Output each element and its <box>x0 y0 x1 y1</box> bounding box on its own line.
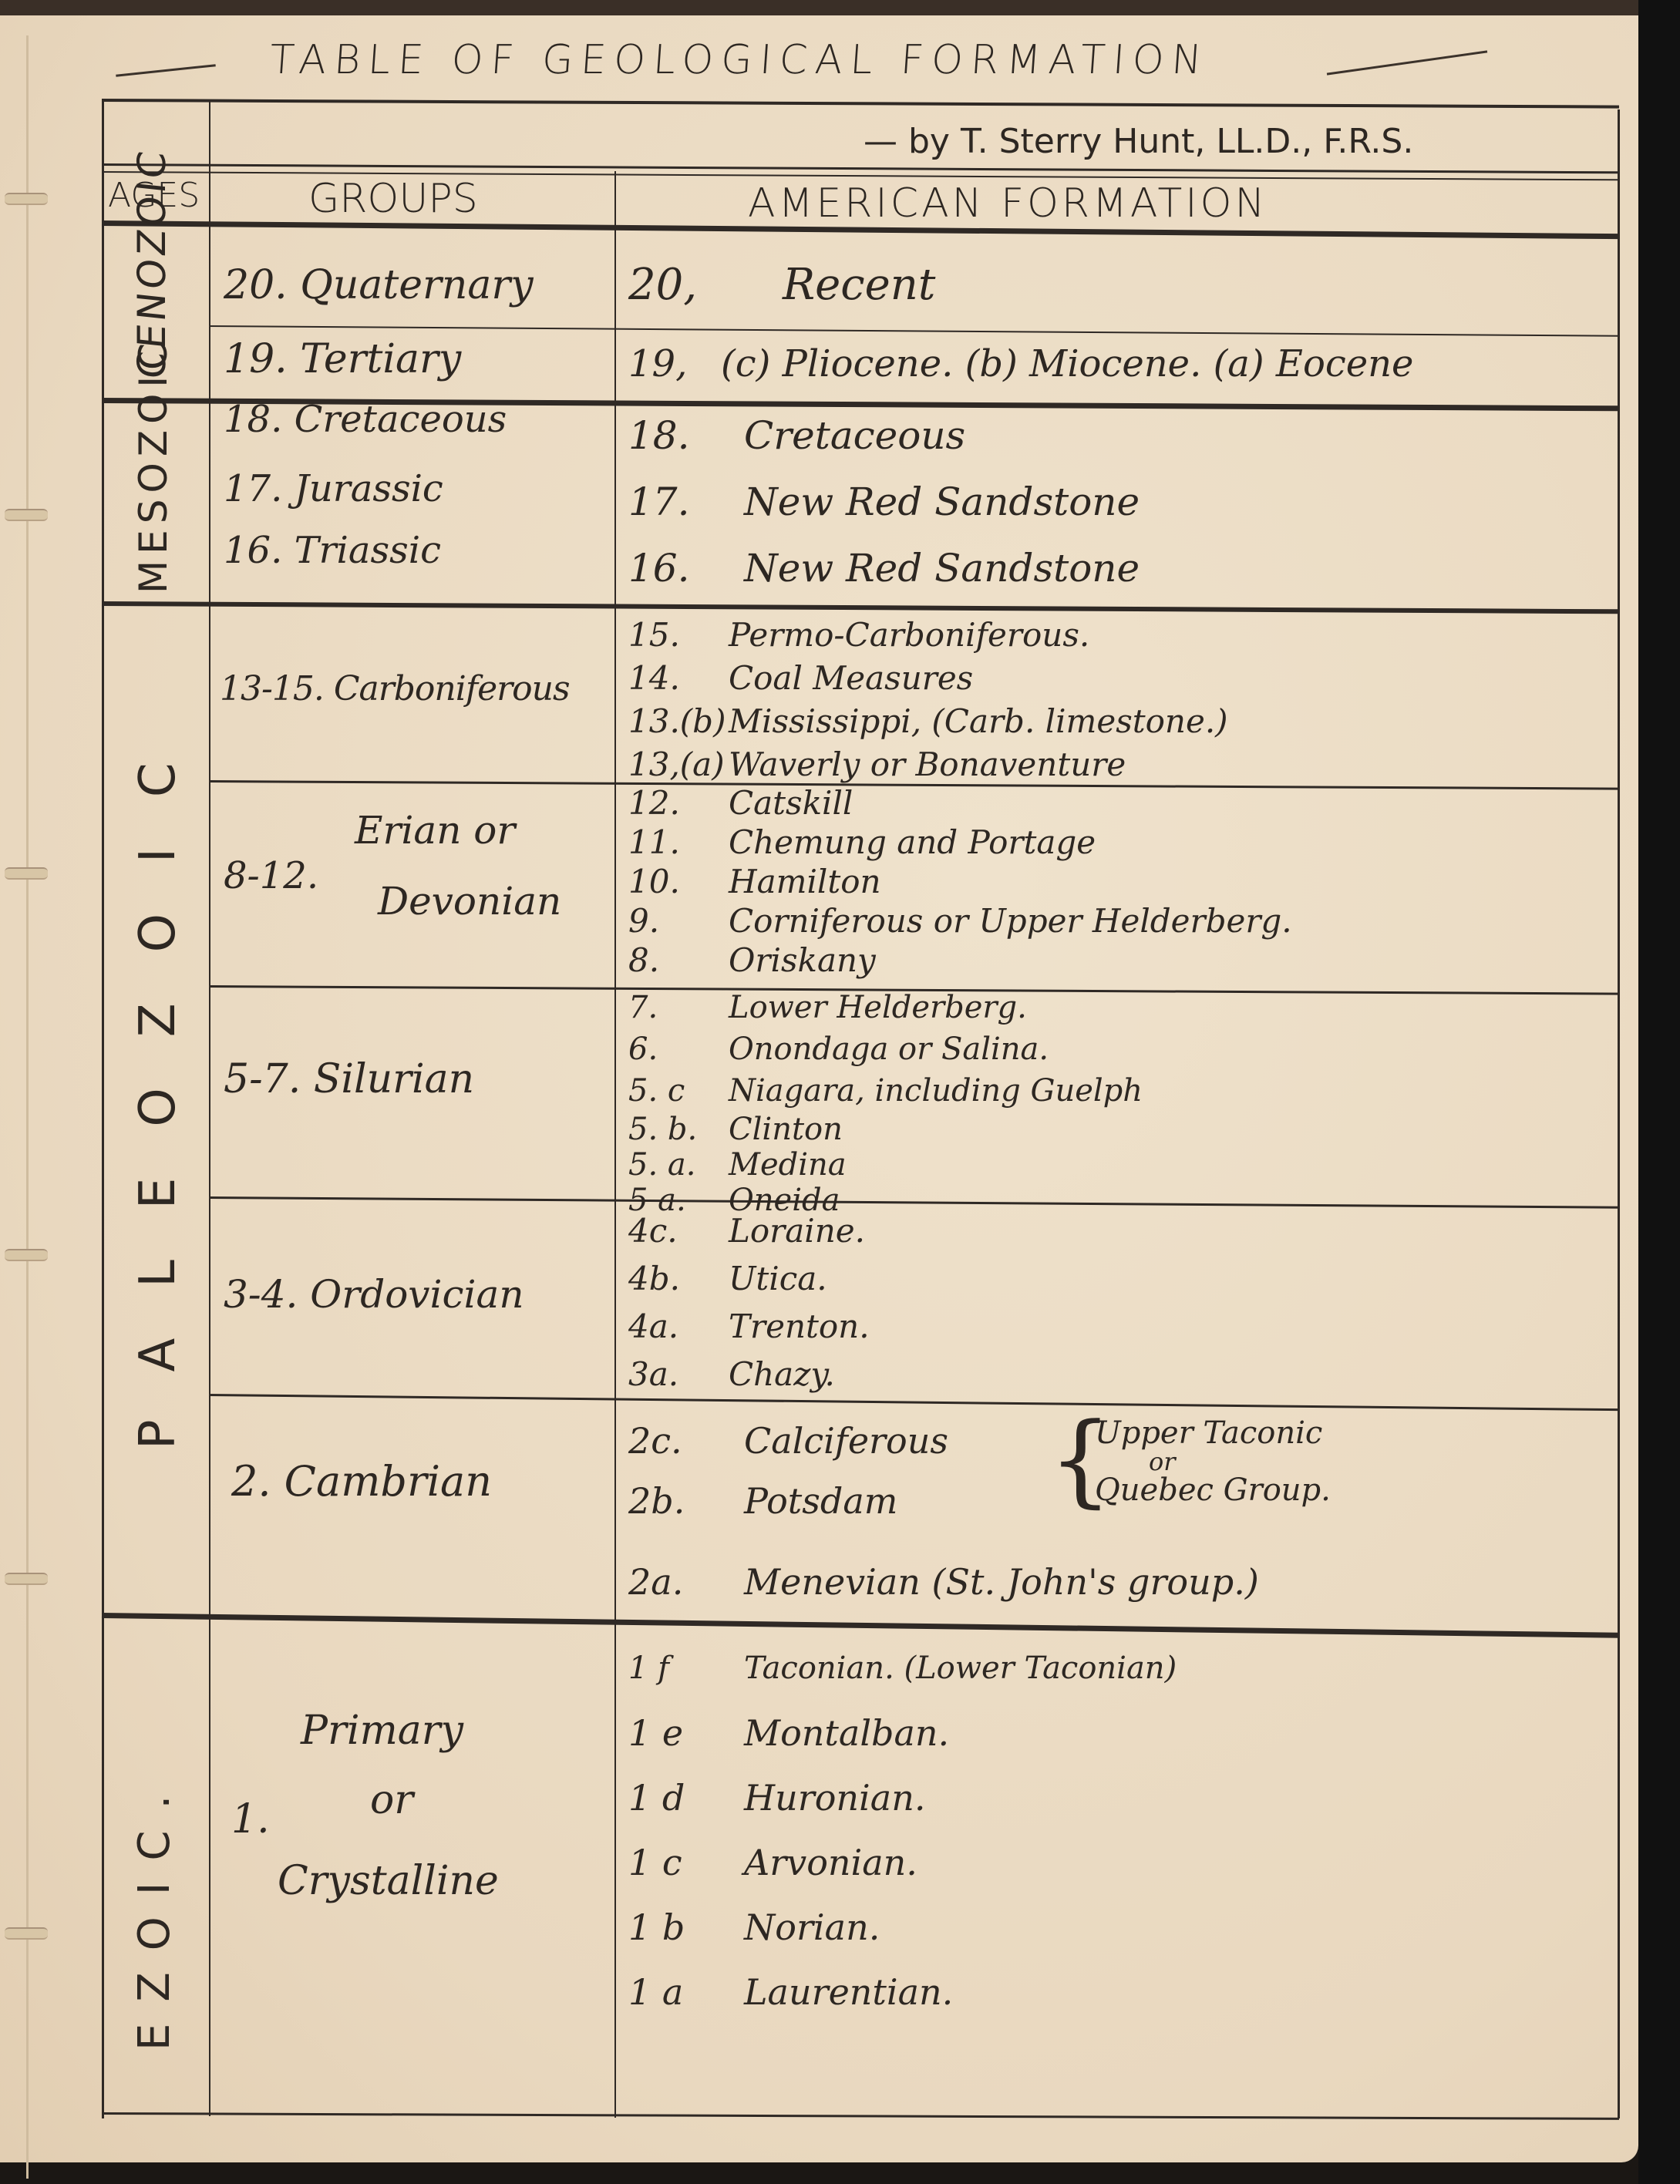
formation-item: 1 aLaurentian. <box>628 1960 1177 2024</box>
header-groups: GROUPS <box>308 176 478 222</box>
note-line-upper-taconic: Upper Taconic <box>1095 1415 1331 1451</box>
formation-item: 1 eMontalban. <box>628 1701 1177 1765</box>
formation-number: 18. <box>628 402 744 469</box>
formation-list-devonian: 12.Catskill 11.Chemung and Portage 10.Ha… <box>628 783 1292 980</box>
formation-name: Cretaceous <box>744 402 965 469</box>
formation-name: Chazy. <box>729 1351 835 1398</box>
formation-number: 5. a. <box>628 1147 729 1183</box>
group-quaternary: 20. Quaternary <box>224 262 534 308</box>
formation-name: Waverly or Bonaventure <box>729 743 1126 786</box>
formation-number: 19, <box>628 333 721 395</box>
formation-number: 1 a <box>628 1960 744 2024</box>
formation-number: 1 e <box>628 1701 744 1765</box>
formation-name: Norian. <box>744 1895 880 1960</box>
formation-name: Taconian. (Lower Taconian) <box>744 1636 1177 1701</box>
formation-item: 3a.Chazy. <box>628 1351 870 1398</box>
formation-number: 15. <box>628 614 729 657</box>
group-primary-line3: Crystalline <box>278 1858 499 1904</box>
cambrian-group-note: Upper Taconic or Quebec Group. <box>1095 1415 1331 1508</box>
scan-background-right <box>1638 0 1680 2184</box>
formation-name: New Red Sandstone <box>744 535 1140 601</box>
binding-stitch <box>5 1573 48 1585</box>
header-american-formation: AMERICAN FORMATION <box>748 180 1268 227</box>
formation-list-quaternary: 20,Recent <box>628 251 935 320</box>
formation-item: 16.New Red Sandstone <box>628 535 1140 601</box>
binding-stitch <box>5 509 48 521</box>
binding-stitch <box>5 1249 48 1261</box>
formation-name: Arvonian. <box>744 1830 917 1895</box>
formation-number: 10. <box>628 862 729 901</box>
formation-list-mesozoic: 18.Cretaceous 17.New Red Sandstone 16.Ne… <box>628 402 1140 601</box>
formation-name: Trenton. <box>729 1303 870 1351</box>
formation-number: 1 f <box>628 1636 744 1701</box>
formation-item: 5. cNiagara, including Guelph <box>628 1070 1143 1112</box>
formation-item: 12.Catskill <box>628 783 1292 823</box>
formation-number: 9. <box>628 901 729 941</box>
group-ordovician: 3-4. Ordovician <box>224 1272 524 1317</box>
formation-number: 16. <box>628 535 744 601</box>
formation-item: 15.Permo-Carboniferous. <box>628 614 1228 657</box>
age-paleozoic: PALEOZOIC <box>130 712 187 1449</box>
formation-item: 9.Corniferous or Upper Helderberg. <box>628 901 1292 941</box>
age-mesozoic: MESOZOIC <box>131 337 176 594</box>
formation-number: 1 c <box>628 1830 744 1895</box>
formation-item: 19,(c) Pliocene. (b) Miocene. (a) Eocene <box>628 333 1413 395</box>
groups-column-divider <box>614 171 616 2118</box>
binding-fold <box>26 35 29 2179</box>
group-primary-number: 1. <box>231 1796 270 1842</box>
formation-item: 10.Hamilton <box>628 862 1292 901</box>
formation-name: Chemung and Portage <box>729 823 1096 862</box>
formation-number: 17. <box>628 469 744 535</box>
formation-item: 14.Coal Measures <box>628 657 1228 700</box>
formation-item: 1 fTaconian. (Lower Taconian) <box>628 1636 1177 1701</box>
formation-name: Hamilton <box>729 862 881 901</box>
formation-name: Potsdam <box>744 1471 897 1531</box>
formation-number: 8. <box>628 941 729 980</box>
formation-list-tertiary: 19,(c) Pliocene. (b) Miocene. (a) Eocene <box>628 333 1413 395</box>
binding-stitch <box>5 1927 48 1940</box>
formation-item: 4b.Utica. <box>628 1255 870 1303</box>
formation-number: 4b. <box>628 1255 729 1303</box>
formation-name: Niagara, including Guelph <box>729 1070 1143 1112</box>
formation-number: 7. <box>628 987 729 1028</box>
formation-name: Recent <box>783 251 935 320</box>
note-line-quebec-group: Quebec Group. <box>1095 1472 1331 1508</box>
formation-item: 11.Chemung and Portage <box>628 823 1292 862</box>
formation-number: 4a. <box>628 1303 729 1351</box>
formation-item: 1 dHuronian. <box>628 1765 1177 1830</box>
formation-list-ezoic: 1 fTaconian. (Lower Taconian) 1 eMontalb… <box>628 1636 1177 2024</box>
formation-item: 8.Oriskany <box>628 941 1292 980</box>
group-devonian-number: 8-12. <box>224 854 318 897</box>
formation-item: 13.(b)Mississippi, (Carb. limestone.) <box>628 700 1228 743</box>
group-devonian-line2: Devonian <box>378 879 561 924</box>
formation-item: 2a.Menevian (St. John's group.) <box>628 1548 1259 1616</box>
group-cretaceous: 18. Cretaceous <box>224 398 507 441</box>
formation-name: (c) Pliocene. (b) Miocene. (a) Eocene <box>721 333 1413 395</box>
group-primary-line2: or <box>370 1777 413 1823</box>
group-devonian-line1: Erian or <box>355 808 515 853</box>
formation-name: Menevian (St. John's group.) <box>744 1548 1259 1616</box>
formation-name: Permo-Carboniferous. <box>729 614 1089 657</box>
age-ezoic: EZOIC. <box>130 1774 180 2051</box>
formation-name: Mississippi, (Carb. limestone.) <box>729 700 1228 743</box>
formation-name: Corniferous or Upper Helderberg. <box>729 901 1292 941</box>
group-tertiary: 19. Tertiary <box>224 336 461 382</box>
formation-number: 2b. <box>628 1471 744 1531</box>
formation-number: 3a. <box>628 1351 729 1398</box>
formation-list-silurian: 7.Lower Helderberg. 6.Onondaga or Salina… <box>628 987 1143 1218</box>
formation-number: 4c. <box>628 1207 729 1255</box>
formation-number: 5. c <box>628 1070 729 1112</box>
group-jurassic: 17. Jurassic <box>224 467 443 510</box>
formation-number: 14. <box>628 657 729 700</box>
formation-name: Utica. <box>729 1255 827 1303</box>
formation-item: 18.Cretaceous <box>628 402 1140 469</box>
group-silurian: 5-7. Silurian <box>224 1056 474 1102</box>
formation-number: 1 b <box>628 1895 744 1960</box>
formation-item: 13,(a)Waverly or Bonaventure <box>628 743 1228 786</box>
formation-item: 1 cArvonian. <box>628 1830 1177 1895</box>
formation-item: 20,Recent <box>628 251 935 320</box>
group-cambrian: 2. Cambrian <box>231 1457 492 1506</box>
formation-list-ordovician: 4c.Loraine. 4b.Utica. 4a.Trenton. 3a.Cha… <box>628 1207 870 1398</box>
group-primary-line1: Primary <box>301 1708 463 1754</box>
formation-item: 4a.Trenton. <box>628 1303 870 1351</box>
formation-name: Clinton <box>729 1112 843 1147</box>
formation-item: 4c.Loraine. <box>628 1207 870 1255</box>
author-credit: — by T. Sterry Hunt, LL.D., F.R.S. <box>864 122 1413 161</box>
binding-stitch <box>5 193 48 205</box>
formation-number: 11. <box>628 823 729 862</box>
formation-number: 2c. <box>628 1411 744 1471</box>
formation-name: Oriskany <box>729 941 876 980</box>
formation-list-carboniferous: 15.Permo-Carboniferous. 14.Coal Measures… <box>628 614 1228 786</box>
formation-number: 1 d <box>628 1765 744 1830</box>
formation-name: Catskill <box>729 783 853 823</box>
formation-item: 5. b.Clinton <box>628 1112 1143 1147</box>
formation-item: 6.Onondaga or Salina. <box>628 1028 1143 1070</box>
formation-number: 13,(a) <box>628 743 729 786</box>
binding-stitch <box>5 867 48 880</box>
formation-name: New Red Sandstone <box>744 469 1140 535</box>
formation-item: 7.Lower Helderberg. <box>628 987 1143 1028</box>
formation-number: 20, <box>628 251 783 320</box>
formation-number: 2a. <box>628 1548 744 1616</box>
formation-number: 13.(b) <box>628 700 729 743</box>
formation-name: Loraine. <box>729 1207 865 1255</box>
formation-number: 5. b. <box>628 1112 729 1147</box>
formation-name: Medina <box>729 1147 847 1183</box>
page-title: TABLE OF GEOLOGICAL FORMATION <box>268 37 1211 83</box>
formation-number: 6. <box>628 1028 729 1070</box>
formation-item: 1 bNorian. <box>628 1895 1177 1960</box>
group-triassic: 16. Triassic <box>224 529 441 572</box>
formation-name: Onondaga or Salina. <box>729 1028 1049 1070</box>
formation-item: 17.New Red Sandstone <box>628 469 1140 535</box>
formation-name: Calciferous <box>744 1411 948 1471</box>
formation-name: Lower Helderberg. <box>729 987 1027 1028</box>
formation-name: Huronian. <box>744 1765 925 1830</box>
formation-name: Laurentian. <box>744 1960 953 2024</box>
formation-name: Coal Measures <box>729 657 973 700</box>
note-line-or: or <box>1095 1451 1331 1472</box>
formation-number: 12. <box>628 783 729 823</box>
formation-item: 5. a.Medina <box>628 1147 1143 1183</box>
formation-name: Montalban. <box>744 1701 949 1765</box>
group-carboniferous: 13-15. Carboniferous <box>220 669 570 708</box>
